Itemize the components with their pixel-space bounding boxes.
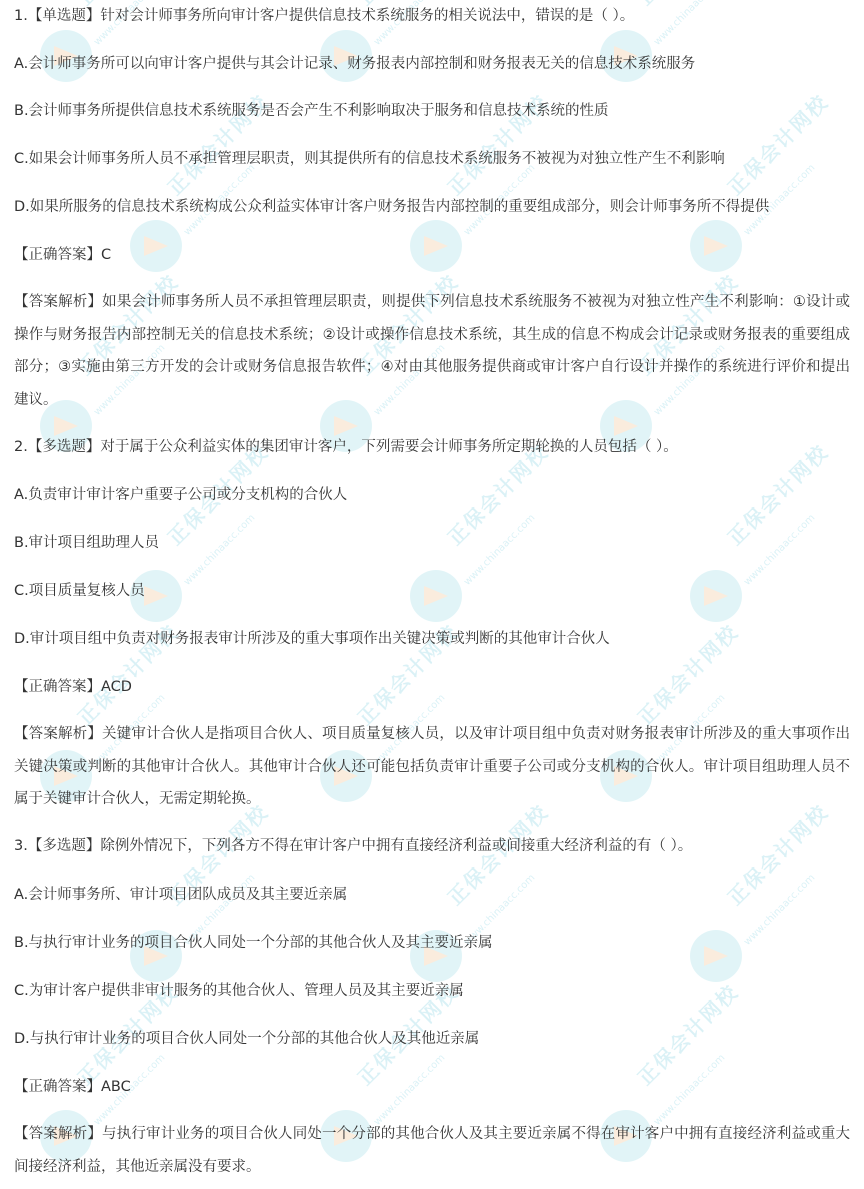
- option-d: D.与执行审计业务的项目合伙人同处一个分部的其他合伙人及其他近亲属: [14, 1031, 479, 1047]
- option-c: C.为审计客户提供非审计服务的其他合伙人、管理人员及其主要近亲属: [14, 983, 464, 999]
- watermark-logo-icon: 正保会计网校www.chinaacc.com: [130, 170, 280, 290]
- option-a: A.会计师事务所可以向审计客户提供与其会计记录、财务报表内部控制和财务报表无关的…: [14, 56, 695, 72]
- question-stem: 1.【单选题】针对会计师事务所向审计客户提供信息技术系统服务的相关说法中，错误的…: [14, 8, 634, 24]
- watermark-logo-icon: 正保会计网校www.chinaacc.com: [690, 520, 840, 640]
- correct-answer: 【正确答案】C: [14, 247, 111, 263]
- option-c: C.项目质量复核人员: [14, 583, 145, 599]
- option-d: D.如果所服务的信息技术系统构成公众利益实体审计客户财务报告内部控制的重要组成部…: [14, 199, 769, 215]
- watermark-logo-icon: 正保会计网校www.chinaacc.com: [690, 880, 840, 1000]
- answer-analysis: 【答案解析】关键审计合伙人是指项目合伙人、项目质量复核人员，以及审计项目组中负责…: [14, 718, 850, 816]
- option-c: C.如果会计师事务所人员不承担管理层职责，则其提供所有的信息技术系统服务不被视为…: [14, 151, 725, 167]
- question-stem: 2.【多选题】对于属于公众利益实体的集团审计客户，下列需要会计师事务所定期轮换的…: [14, 439, 678, 455]
- option-d: D.审计项目组中负责对财务报表审计所涉及的重大事项作出关键决策或判断的其他审计合…: [14, 631, 610, 647]
- option-a: A.会计师事务所、审计项目团队成员及其主要近亲属: [14, 887, 347, 903]
- option-a: A.负责审计审计客户重要子公司或分支机构的合伙人: [14, 487, 347, 503]
- watermark-logo-icon: 正保会计网校www.chinaacc.com: [410, 170, 560, 290]
- watermark-logo-icon: 正保会计网校www.chinaacc.com: [690, 170, 840, 290]
- correct-answer: 【正确答案】ABC: [14, 1079, 131, 1095]
- correct-answer: 【正确答案】ACD: [14, 679, 132, 695]
- option-b: B.会计师事务所提供信息技术系统服务是否会产生不利影响取决于服务和信息技术系统的…: [14, 103, 609, 119]
- answer-analysis: 【答案解析】如果会计师事务所人员不承担管理层职责，则提供下列信息技术系统服务不被…: [14, 286, 850, 416]
- option-b: B.审计项目组助理人员: [14, 535, 159, 551]
- watermark-logo-icon: 正保会计网校www.chinaacc.com: [410, 520, 560, 640]
- question-stem: 3.【多选题】除例外情况下，下列各方不得在审计客户中拥有直接经济利益或间接重大经…: [14, 838, 692, 854]
- option-b: B.与执行审计业务的项目合伙人同处一个分部的其他合伙人及其主要近亲属: [14, 935, 493, 951]
- answer-analysis: 【答案解析】与执行审计业务的项目合伙人同处一个分部的其他合伙人及其主要近亲属不得…: [14, 1118, 850, 1183]
